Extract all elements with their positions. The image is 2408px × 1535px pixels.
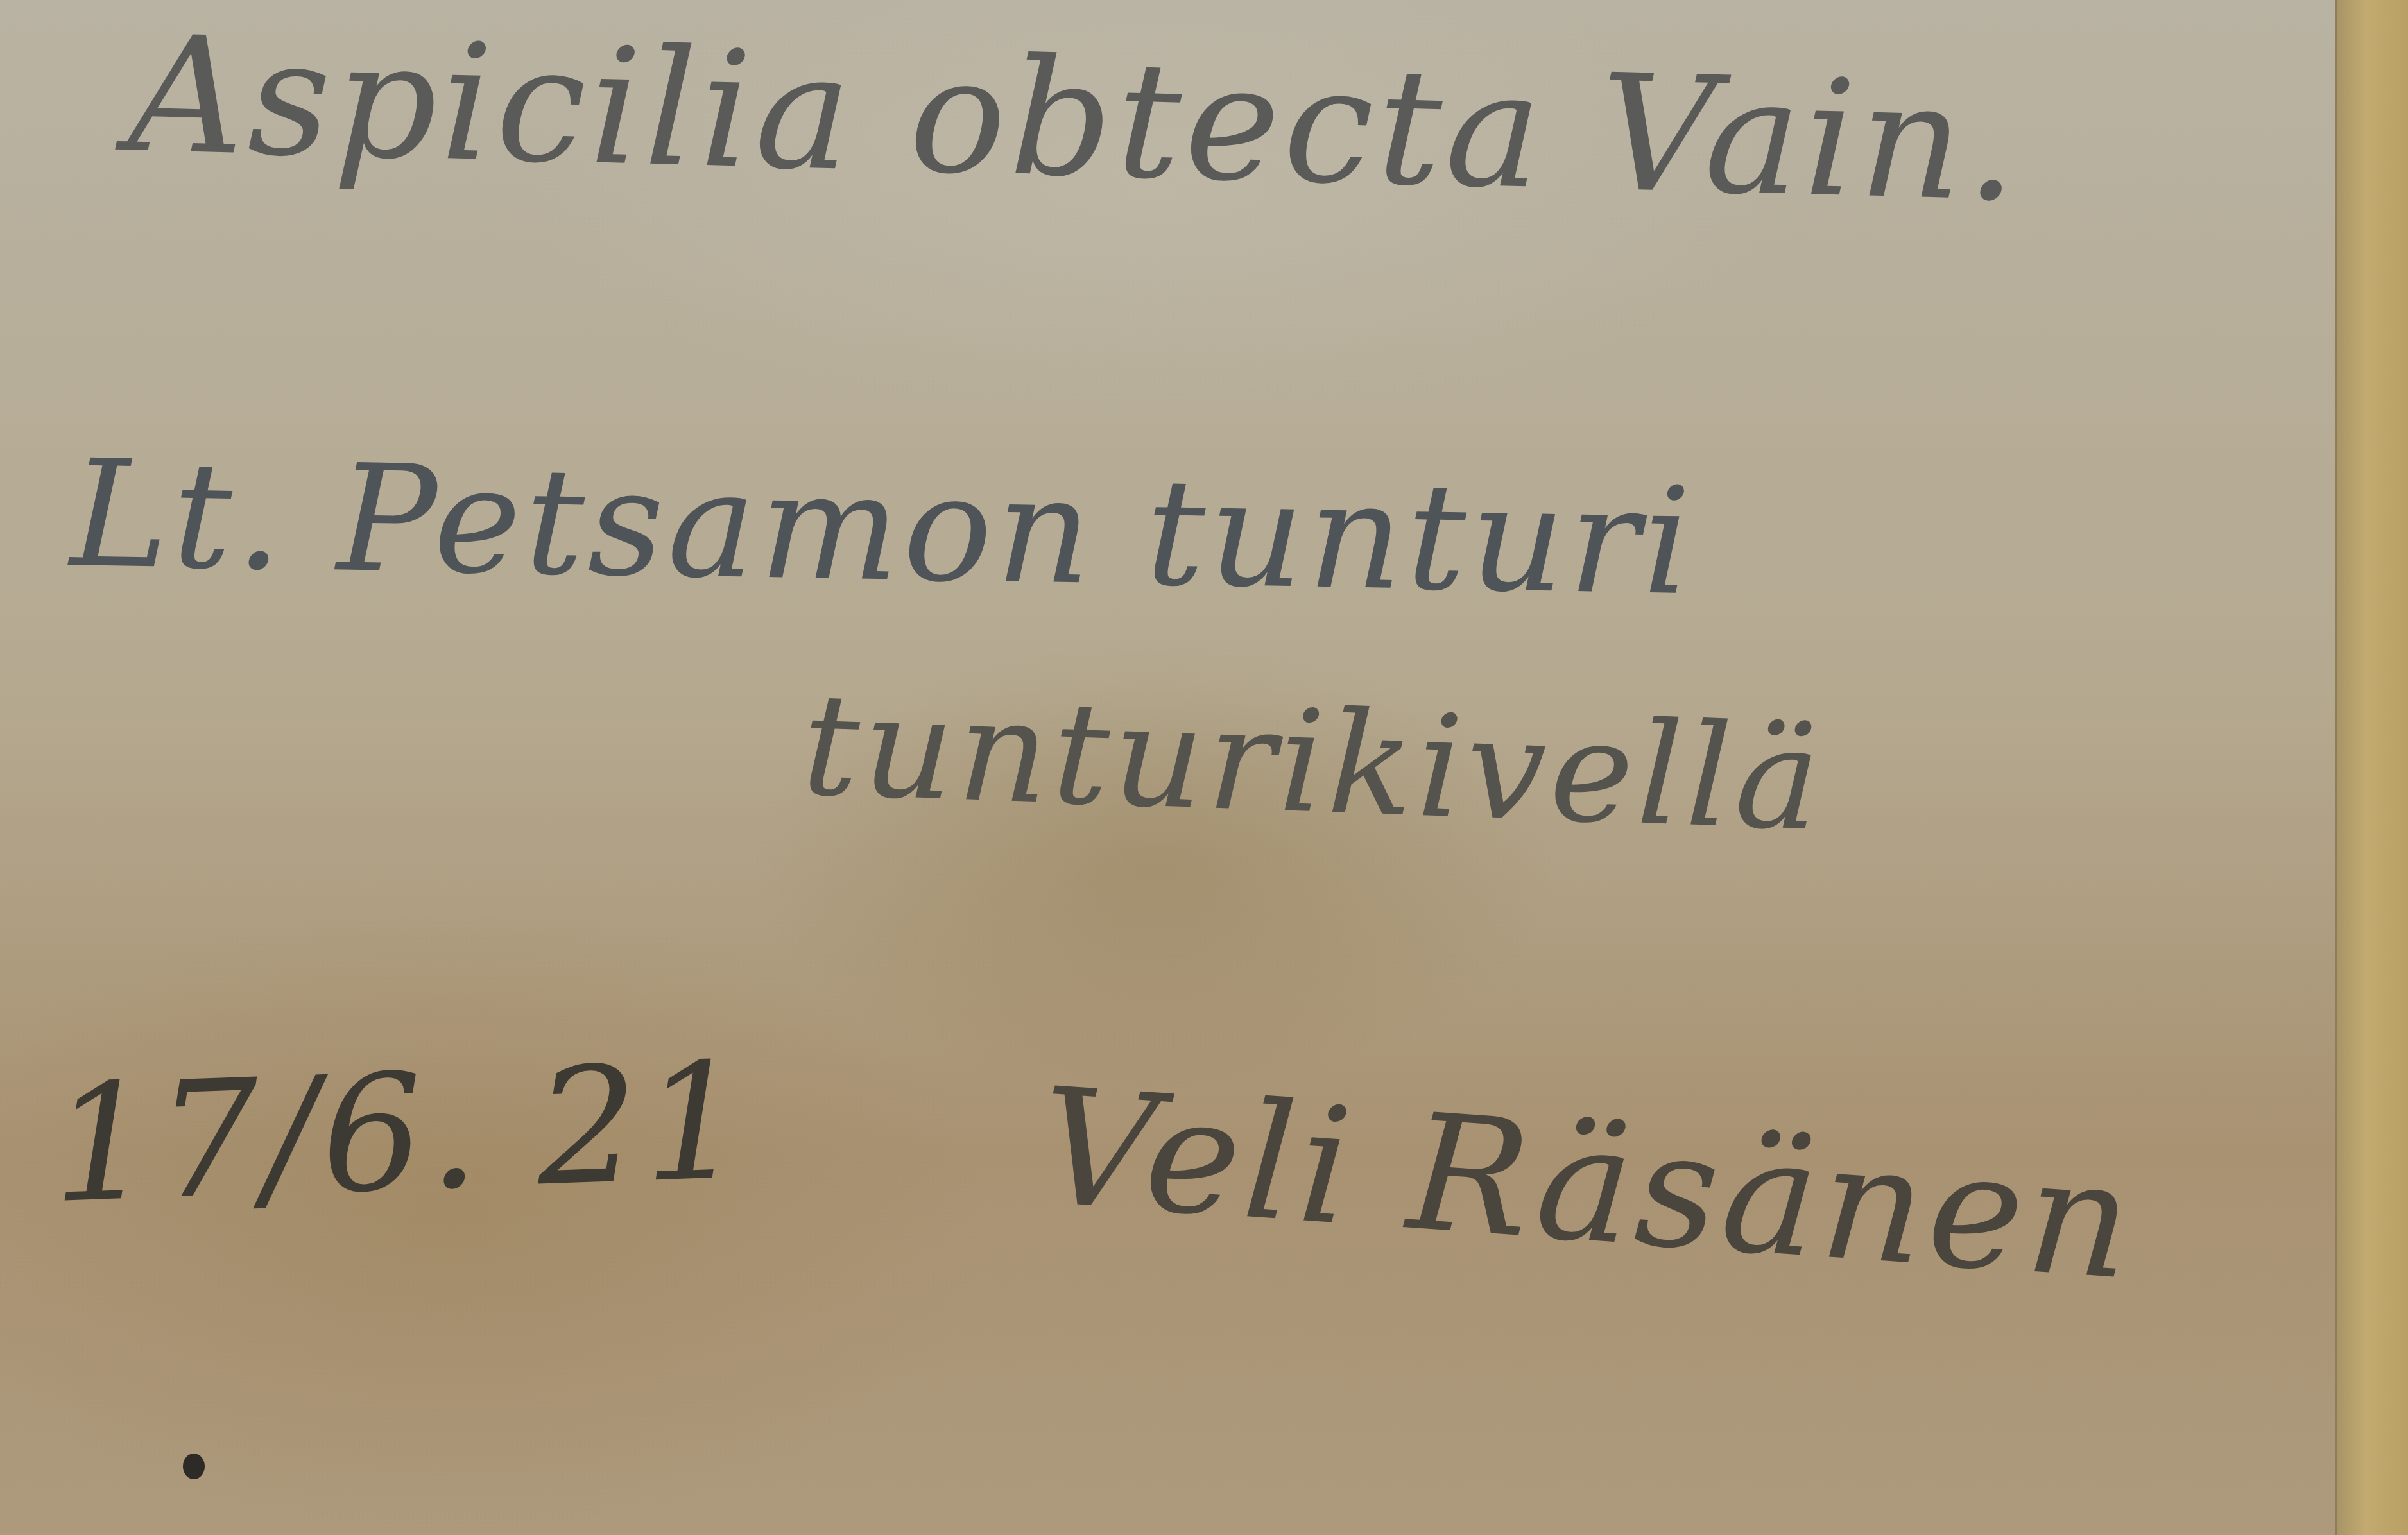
substrate: tunturikivellä xyxy=(800,662,1826,862)
taxon-name: Aspicilia obtecta Vain. xyxy=(126,1,2024,237)
locality: Lt. Petsamon tunturi xyxy=(69,429,1696,628)
backing-sheet-edge xyxy=(2335,0,2408,1535)
herbarium-label-paper: Aspicilia obtecta Vain. Lt. Petsamon tun… xyxy=(0,0,2354,1535)
collection-date: 17/6. 21 xyxy=(48,1027,752,1239)
ink-spot xyxy=(183,1454,205,1479)
collector-signature: Veli Räsänen xyxy=(1035,1053,2140,1316)
